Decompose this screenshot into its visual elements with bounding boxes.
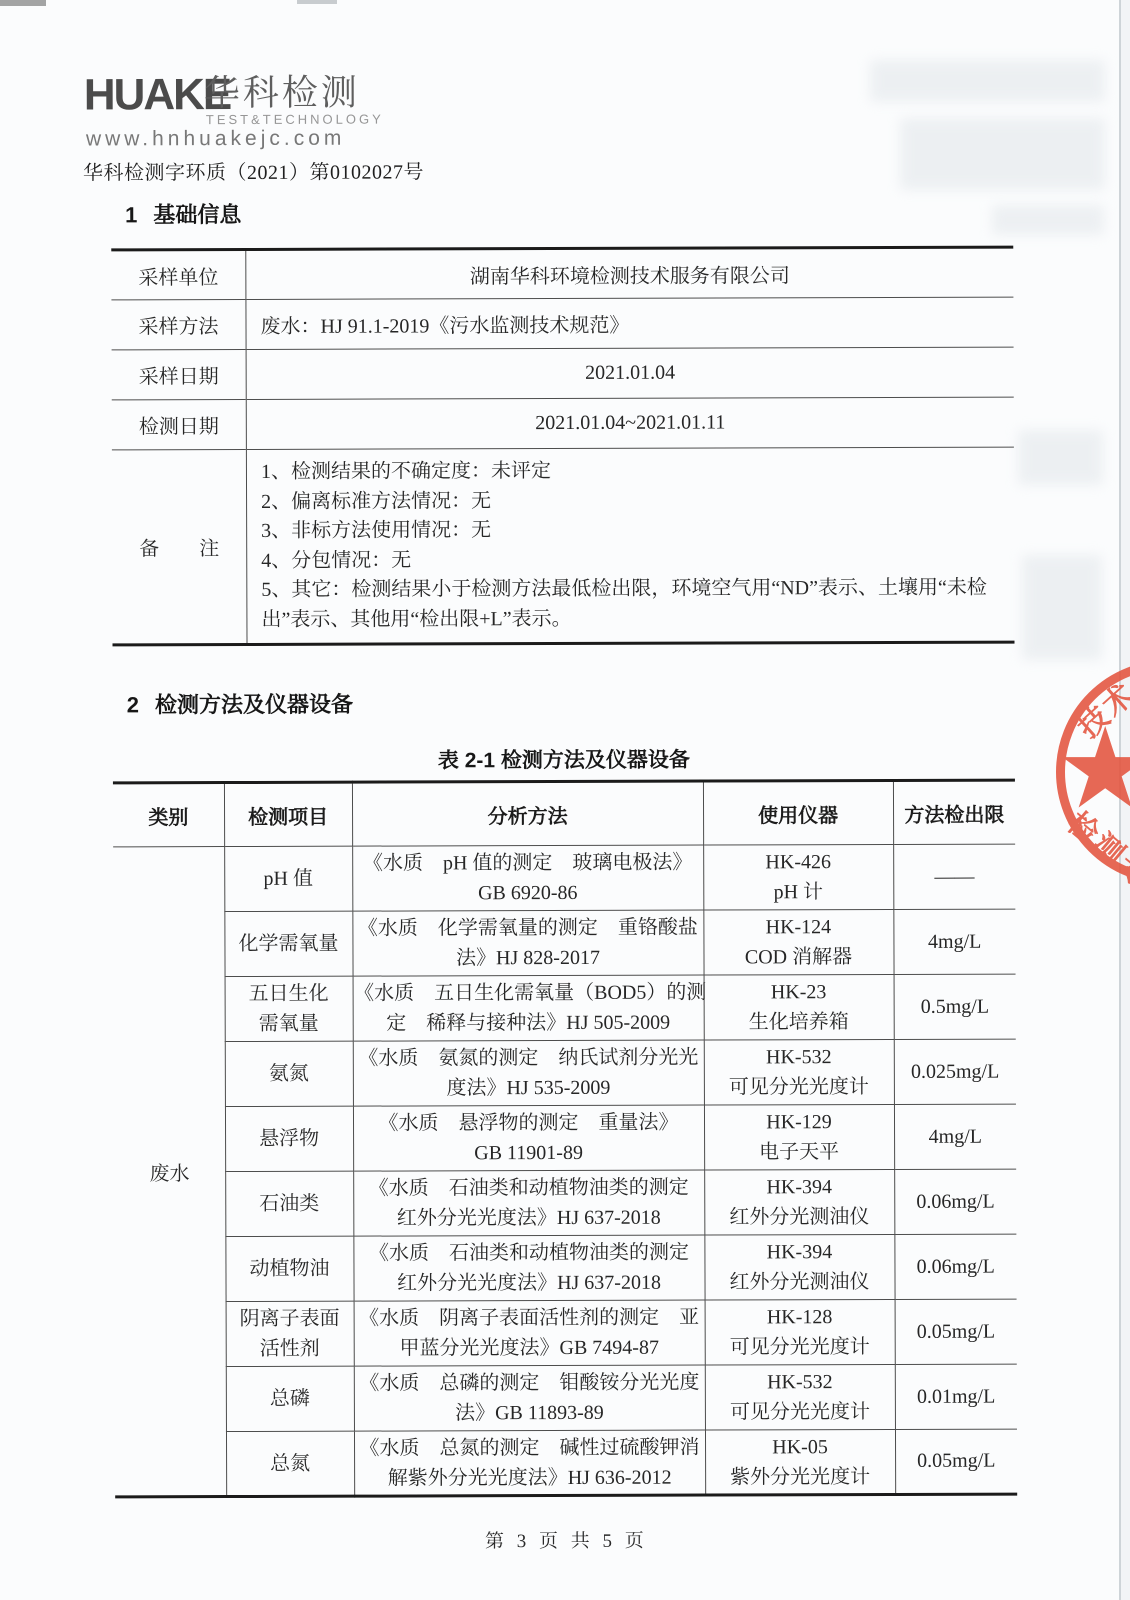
limit-cell: 0.06mg/L bbox=[894, 1169, 1016, 1234]
cell-line: 《水质 pH 值的测定 玻璃电极法》 bbox=[354, 848, 702, 879]
column-header: 使用仪器 bbox=[703, 780, 893, 845]
item-cell: 总磷 bbox=[226, 1366, 354, 1431]
cell-line: 紫外分光光度计 bbox=[707, 1461, 894, 1492]
cell-line: 法》GB 11893-89 bbox=[355, 1398, 703, 1429]
cell-line: 红外分光光度法》HJ 637-2018 bbox=[355, 1268, 703, 1299]
method-row: 化学需氧量《水质 化学需氧量的测定 重铬酸盐法》HJ 828-2017HK-12… bbox=[113, 909, 1015, 977]
column-header: 分析方法 bbox=[352, 781, 703, 846]
info-value: 湖南华科环境检测技术服务有限公司 bbox=[246, 247, 1014, 299]
instrument-cell: HK-129电子天平 bbox=[704, 1104, 894, 1170]
cell-line: HK-426 bbox=[705, 847, 892, 878]
cell-line: 度法》HJ 535-2009 bbox=[354, 1073, 702, 1104]
cell-line: 解紫外分光光度法》HJ 636-2012 bbox=[356, 1462, 704, 1493]
category-cell: 废水 bbox=[113, 847, 226, 1497]
info-row: 检测日期2021.01.04~2021.01.11 bbox=[112, 397, 1014, 450]
instrument-cell: HK-05紫外分光光度计 bbox=[705, 1429, 895, 1495]
section2-number: 2 bbox=[127, 694, 139, 716]
info-label: 检测日期 bbox=[112, 399, 247, 449]
info-label: 采样方法 bbox=[111, 299, 246, 349]
method-row: 废水pH 值《水质 pH 值的测定 玻璃电极法》GB 6920-86HK-426… bbox=[113, 844, 1015, 912]
cell-line: HK-394 bbox=[706, 1237, 893, 1268]
limit-cell: 0.05mg/L bbox=[895, 1299, 1017, 1364]
info-label: 采样日期 bbox=[112, 349, 247, 399]
method-cell: 《水质 总磷的测定 钼酸铵分光光度法》GB 11893-89 bbox=[354, 1365, 705, 1431]
method-cell: 《水质 化学需氧量的测定 重铬酸盐法》HJ 828-2017 bbox=[352, 910, 703, 976]
remark-line: 1、检测结果的不确定度：未评定 bbox=[261, 456, 1004, 488]
method-row: 总氮《水质 总氮的测定 碱性过硫酸钾消解紫外分光光度法》HJ 636-2012H… bbox=[115, 1429, 1017, 1497]
instrument-cell: HK-532可见分光光度计 bbox=[705, 1364, 895, 1430]
cell-line: HK-23 bbox=[705, 977, 892, 1008]
item-cell: 化学需氧量 bbox=[224, 911, 352, 976]
remarks-label: 备 注 bbox=[112, 449, 247, 644]
section2-heading: 2检测方法及仪器设备 bbox=[127, 694, 353, 717]
section2-title: 检测方法及仪器设备 bbox=[155, 692, 353, 718]
method-cell: 《水质 氨氮的测定 纳氏试剂分光光度法》HJ 535-2009 bbox=[353, 1040, 704, 1106]
info-row: 采样日期2021.01.04 bbox=[112, 347, 1014, 400]
cell-line: 可见分光光度计 bbox=[706, 1397, 893, 1428]
method-row: 氨氮《水质 氨氮的测定 纳氏试剂分光光度法》HJ 535-2009HK-532可… bbox=[114, 1039, 1016, 1107]
method-cell: 《水质 总氮的测定 碱性过硫酸钾消解紫外分光光度法》HJ 636-2012 bbox=[354, 1430, 705, 1496]
cell-line: 法》HJ 828-2017 bbox=[354, 943, 702, 974]
limit-cell: —— bbox=[893, 844, 1015, 909]
limit-cell: 4mg/L bbox=[893, 909, 1015, 974]
info-value: 2021.01.04 bbox=[246, 347, 1014, 399]
company-website: www.hnhuakejc.com bbox=[86, 128, 345, 150]
method-row: 石油类《水质 石油类和动植物油类的测定红外分光光度法》HJ 637-2018HK… bbox=[114, 1169, 1016, 1237]
cell-line: 动植物油 bbox=[227, 1254, 352, 1284]
basic-info-table-body: 采样单位湖南华科环境检测技术服务有限公司采样方法废水：HJ 91.1-2019《… bbox=[111, 247, 1014, 645]
table-2-1-caption: 表 2-1 检测方法及仪器设备 bbox=[113, 743, 1015, 776]
method-cell: 《水质 pH 值的测定 玻璃电极法》GB 6920-86 bbox=[352, 845, 703, 911]
cell-line: 《水质 总氮的测定 碱性过硫酸钾消 bbox=[355, 1432, 703, 1463]
cell-line: 总磷 bbox=[227, 1384, 352, 1414]
cell-line: HK-129 bbox=[705, 1107, 892, 1138]
instrument-cell: HK-23生化培养箱 bbox=[704, 974, 894, 1040]
column-header: 检测项目 bbox=[224, 782, 352, 846]
page-number: 第 3 页 共 5 页 bbox=[115, 1525, 1017, 1555]
cell-line: 红外分光光度法》HJ 637-2018 bbox=[355, 1203, 703, 1234]
method-table: 类别检测项目分析方法使用仪器方法检出限 废水pH 值《水质 pH 值的测定 玻璃… bbox=[113, 779, 1017, 1499]
cell-line: 阴离子表面 bbox=[227, 1304, 352, 1334]
cell-line: 可见分光光度计 bbox=[706, 1332, 893, 1363]
method-table-body: 废水pH 值《水质 pH 值的测定 玻璃电极法》GB 6920-86HK-426… bbox=[113, 844, 1017, 1497]
cell-line: GB 11901-89 bbox=[355, 1138, 703, 1169]
limit-cell: 0.06mg/L bbox=[894, 1234, 1016, 1299]
cell-line: 电子天平 bbox=[706, 1137, 893, 1168]
section1-heading: 1基础信息 bbox=[125, 204, 241, 226]
item-cell: 五日生化需氧量 bbox=[225, 976, 353, 1041]
cell-line: 五日生化 bbox=[226, 979, 351, 1009]
cell-line: HK-394 bbox=[706, 1172, 893, 1203]
cell-line: 石油类 bbox=[227, 1189, 352, 1219]
info-row: 采样单位湖南华科环境检测技术服务有限公司 bbox=[111, 247, 1013, 300]
cell-line: pH 值 bbox=[226, 864, 351, 894]
remark-line: 5、其它：检测结果小于检测方法最低检出限，环境空气用“ND”表示、土壤用“未检出… bbox=[261, 574, 1004, 635]
limit-cell: 4mg/L bbox=[894, 1104, 1016, 1169]
cell-line: 化学需氧量 bbox=[226, 929, 351, 959]
cell-line: 活性剂 bbox=[227, 1334, 352, 1364]
section1-title: 基础信息 bbox=[153, 202, 241, 227]
method-cell: 《水质 石油类和动植物油类的测定红外分光光度法》HJ 637-2018 bbox=[353, 1235, 704, 1301]
cell-line: HK-532 bbox=[705, 1042, 892, 1073]
item-cell: 石油类 bbox=[225, 1171, 353, 1236]
limit-cell: 0.025mg/L bbox=[894, 1039, 1016, 1104]
cell-line: 可见分光光度计 bbox=[705, 1072, 892, 1103]
method-cell: 《水质 阴离子表面活性剂的测定 亚甲蓝分光光度法》GB 7494-87 bbox=[354, 1300, 705, 1366]
info-value: 2021.01.04~2021.01.11 bbox=[246, 397, 1014, 449]
instrument-cell: HK-124COD 消解器 bbox=[703, 909, 893, 975]
limit-cell: 0.01mg/L bbox=[895, 1364, 1017, 1429]
cell-line: HK-124 bbox=[705, 912, 892, 943]
remarks-value: 1、检测结果的不确定度：未评定2、偏离标准方法情况：无3、非标方法使用情况：无4… bbox=[246, 447, 1014, 644]
item-cell: 悬浮物 bbox=[225, 1106, 353, 1171]
method-cell: 《水质 悬浮物的测定 重量法》GB 11901-89 bbox=[353, 1105, 704, 1171]
item-cell: 阴离子表面活性剂 bbox=[226, 1301, 354, 1366]
cell-line: 总氮 bbox=[228, 1448, 353, 1478]
cell-line: 《水质 总磷的测定 钼酸铵分光光度 bbox=[355, 1368, 703, 1399]
report-number: 华科检测字环质（2021）第0102027号 bbox=[83, 155, 424, 185]
item-cell: 动植物油 bbox=[225, 1236, 353, 1301]
cell-line: 《水质 阴离子表面活性剂的测定 亚 bbox=[355, 1303, 703, 1334]
method-cell: 《水质 五日生化需氧量（BOD5）的测定 稀释与接种法》HJ 505-2009 bbox=[353, 975, 704, 1041]
cell-line: 氨氮 bbox=[226, 1059, 351, 1089]
remark-line: 2、偏离标准方法情况：无 bbox=[261, 485, 1004, 517]
page-content: HUAKE 华科检测 TEST&TECHNOLOGY www.hnhuakejc… bbox=[0, 0, 1130, 1600]
instrument-cell: HK-128可见分光光度计 bbox=[705, 1299, 895, 1365]
limit-cell: 0.5mg/L bbox=[894, 974, 1016, 1039]
instrument-cell: HK-426pH 计 bbox=[703, 844, 893, 910]
basic-info-table: 采样单位湖南华科环境检测技术服务有限公司采样方法废水：HJ 91.1-2019《… bbox=[111, 246, 1014, 647]
method-row: 总磷《水质 总磷的测定 钼酸铵分光光度法》GB 11893-89HK-532可见… bbox=[115, 1364, 1017, 1432]
method-row: 五日生化需氧量《水质 五日生化需氧量（BOD5）的测定 稀释与接种法》HJ 50… bbox=[114, 974, 1016, 1042]
method-row: 阴离子表面活性剂《水质 阴离子表面活性剂的测定 亚甲蓝分光光度法》GB 7494… bbox=[115, 1299, 1017, 1367]
cell-line: COD 消解器 bbox=[705, 942, 892, 973]
logo-tagline: TEST&TECHNOLOGY bbox=[206, 113, 384, 127]
section1-number: 1 bbox=[125, 204, 137, 226]
item-cell: 总氮 bbox=[226, 1431, 354, 1496]
cell-line: 《水质 石油类和动植物油类的测定 bbox=[355, 1238, 703, 1269]
remarks-row: 备 注1、检测结果的不确定度：未评定2、偏离标准方法情况：无3、非标方法使用情况… bbox=[112, 447, 1015, 645]
column-header: 方法检出限 bbox=[893, 780, 1015, 844]
cell-line: 《水质 石油类和动植物油类的测定 bbox=[355, 1173, 703, 1204]
cell-line: pH 计 bbox=[705, 877, 892, 908]
cell-line: 红外分光测油仪 bbox=[706, 1267, 893, 1298]
cell-line: 悬浮物 bbox=[227, 1124, 352, 1154]
cell-line: 《水质 化学需氧量的测定 重铬酸盐 bbox=[354, 913, 702, 944]
report-page: HUAKE 华科检测 TEST&TECHNOLOGY www.hnhuakejc… bbox=[0, 0, 1130, 1600]
remark-line: 3、非标方法使用情况：无 bbox=[261, 515, 1004, 547]
limit-cell: 0.05mg/L bbox=[895, 1429, 1017, 1494]
red-seal-stamp: ★ 技术 检测专 bbox=[1056, 660, 1130, 884]
cell-line: HK-532 bbox=[706, 1367, 893, 1398]
logo-chinese-name: 华科检测 bbox=[204, 75, 360, 111]
cell-line: 红外分光测油仪 bbox=[706, 1202, 893, 1233]
cell-line: 《水质 氨氮的测定 纳氏试剂分光光 bbox=[354, 1043, 702, 1074]
cell-line: 《水质 悬浮物的测定 重量法》 bbox=[354, 1108, 702, 1139]
method-cell: 《水质 石油类和动植物油类的测定红外分光光度法》HJ 637-2018 bbox=[353, 1170, 704, 1236]
method-table-header-row: 类别检测项目分析方法使用仪器方法检出限 bbox=[113, 780, 1015, 847]
item-cell: pH 值 bbox=[224, 846, 352, 911]
info-value: 废水：HJ 91.1-2019《污水监测技术规范》 bbox=[246, 297, 1014, 349]
cell-line: HK-05 bbox=[706, 1431, 893, 1462]
cell-line: 甲蓝分光光度法》GB 7494-87 bbox=[355, 1333, 703, 1364]
instrument-cell: HK-394红外分光测油仪 bbox=[704, 1234, 894, 1300]
info-row: 采样方法废水：HJ 91.1-2019《污水监测技术规范》 bbox=[111, 297, 1013, 350]
method-row: 动植物油《水质 石油类和动植物油类的测定红外分光光度法》HJ 637-2018H… bbox=[114, 1234, 1016, 1302]
item-cell: 氨氮 bbox=[225, 1041, 353, 1106]
info-label: 采样单位 bbox=[111, 249, 246, 299]
column-header: 类别 bbox=[113, 783, 224, 847]
method-row: 悬浮物《水质 悬浮物的测定 重量法》GB 11901-89HK-129电子天平4… bbox=[114, 1104, 1016, 1172]
instrument-cell: HK-532可见分光光度计 bbox=[704, 1039, 894, 1105]
instrument-cell: HK-394红外分光测油仪 bbox=[704, 1169, 894, 1235]
cell-line: 生化培养箱 bbox=[705, 1007, 892, 1038]
cell-line: 需氧量 bbox=[226, 1009, 351, 1039]
remark-line: 4、分包情况：无 bbox=[261, 544, 1004, 576]
cell-line: 定 稀释与接种法》HJ 505-2009 bbox=[354, 1008, 702, 1039]
cell-line: 《水质 五日生化需氧量（BOD5）的测 bbox=[354, 978, 702, 1009]
cell-line: GB 6920-86 bbox=[354, 878, 702, 909]
cell-line: HK-128 bbox=[706, 1302, 893, 1333]
